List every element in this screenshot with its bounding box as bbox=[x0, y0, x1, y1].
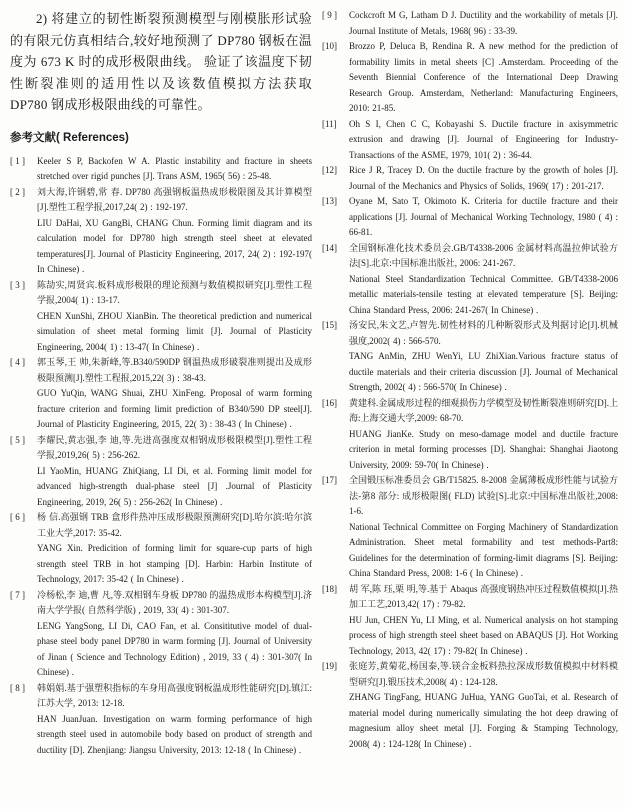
references-list-right: [ 9 ]Cockcroft M G, Latham D J. Ductilit… bbox=[322, 8, 618, 752]
reference-text-en: HU Jun, CHEN Yu, LI Ming, et al. Numeric… bbox=[349, 613, 618, 660]
reference-body: Keeler S P, Backofen W A. Plastic instab… bbox=[37, 154, 312, 185]
reference-text-zh: 张庭芳,黄菊花,杨国泰,等.镁合金板料热拉深成形数值模拟中材料模型研究[J].锻… bbox=[349, 659, 618, 690]
reference-text-en: ZHANG TingFang, HUANG JuHua, YANG GuoTai… bbox=[349, 690, 618, 752]
reference-body: 郭玉琴,王 帅,朱新峰,等.B340/590DP 钢温热成形破裂准则提出及成形极… bbox=[37, 355, 312, 433]
reference-body: Brozzo P, Deluca B, Rendina R. A new met… bbox=[349, 39, 618, 117]
reference-text-en: HUANG JianKe. Study on meso-damage model… bbox=[349, 427, 618, 474]
reference-body: Oyane M, Sato T, Okimoto K. Criteria for… bbox=[349, 194, 618, 241]
reference-body: Oh S I, Chen C C, Kobayashi S. Ductile f… bbox=[349, 117, 618, 164]
reference-item: [13]Oyane M, Sato T, Okimoto K. Criteria… bbox=[322, 194, 618, 241]
reference-item: [11]Oh S I, Chen C C, Kobayashi S. Ducti… bbox=[322, 117, 618, 164]
reference-number: [13] bbox=[322, 194, 349, 210]
reference-text-en: GUO YuQin, WANG Shuai, ZHU XinFeng. Prop… bbox=[37, 386, 312, 433]
reference-body: 李耀民,黄志强,李 迪,等.先进高强度双相钢成形极限模型[J].塑性工程学报,2… bbox=[37, 433, 312, 511]
reference-text-zh: 冷杨松,李 迪,曹 凡,等.双相钢车身板 DP780 的温热成形本构模型[J].… bbox=[37, 588, 312, 619]
reference-item: [ 5 ]李耀民,黄志强,李 迪,等.先进高强度双相钢成形极限模型[J].塑性工… bbox=[10, 433, 312, 511]
reference-text-zh: 李耀民,黄志强,李 迪,等.先进高强度双相钢成形极限模型[J].塑性工程学报,2… bbox=[37, 433, 312, 464]
reference-text-en: Brozzo P, Deluca B, Rendina R. A new met… bbox=[349, 39, 618, 117]
reference-text-zh: 韩娟娟.基于强塑积指标的车身用高强度钢板温成形性能研究[D].镇江:江苏大学, … bbox=[37, 681, 312, 712]
reference-text-zh: 黄建科.金属成形过程的细观损伤力学模型及韧性断裂准则研究[D].上海:上海交通大… bbox=[349, 396, 618, 427]
reference-number: [ 9 ] bbox=[322, 8, 349, 24]
reference-body: 全国钢标准化技术委员会.GB/T4338-2006 金属材料高温拉伸试验方法[S… bbox=[349, 241, 618, 319]
reference-number: [10] bbox=[322, 39, 349, 55]
reference-text-zh: 汤安民,朱文艺,卢智先.韧性材料的几种断裂形式及判据讨论[J].机械强度,200… bbox=[349, 318, 618, 349]
reference-text-en: Oh S I, Chen C C, Kobayashi S. Ductile f… bbox=[349, 117, 618, 164]
reference-body: 汤安民,朱文艺,卢智先.韧性材料的几种断裂形式及判据讨论[J].机械强度,200… bbox=[349, 318, 618, 396]
reference-body: 黄建科.金属成形过程的细观损伤力学模型及韧性断裂准则研究[D].上海:上海交通大… bbox=[349, 396, 618, 474]
reference-item: [ 3 ]陈劼实,周贤宾.板料成形极限的理论预测与数值模拟研究[J].塑性工程学… bbox=[10, 278, 312, 356]
reference-body: 刘大海,许钢碧,常 春. DP780 高强钢板温热成形极限图及其计算模型[J].… bbox=[37, 185, 312, 278]
reference-item: [16]黄建科.金属成形过程的细观损伤力学模型及韧性断裂准则研究[D].上海:上… bbox=[322, 396, 618, 474]
reference-text-zh: 刘大海,许钢碧,常 春. DP780 高强钢板温热成形极限图及其计算模型[J].… bbox=[37, 185, 312, 216]
reference-item: [12]Rice J R, Tracey D. On the ductile f… bbox=[322, 163, 618, 194]
reference-item: [14]全国钢标准化技术委员会.GB/T4338-2006 金属材料高温拉伸试验… bbox=[322, 241, 618, 319]
reference-text-en: National Technical Committee on Forging … bbox=[349, 520, 618, 582]
reference-text-en: HAN JuanJuan. Investigation on warm form… bbox=[37, 712, 312, 759]
paper-page: 2) 将建立的韧性断裂预测模型与刚模胀形试验的有限元仿真相结合,较好地预测了 D… bbox=[0, 0, 625, 809]
reference-item: [ 9 ]Cockcroft M G, Latham D J. Ductilit… bbox=[322, 8, 618, 39]
reference-body: 陈劼实,周贤宾.板料成形极限的理论预测与数值模拟研究[J].塑性工程学报,200… bbox=[37, 278, 312, 356]
reference-text-en: CHEN XunShi, ZHOU XianBin. The theoretic… bbox=[37, 309, 312, 356]
reference-text-zh: 杨 信.高强钢 TRB 盒形件热冲压成形极限预测研究[D].哈尔滨:哈尔滨工业大… bbox=[37, 510, 312, 541]
reference-number: [15] bbox=[322, 318, 349, 334]
reference-number: [ 2 ] bbox=[10, 185, 37, 201]
reference-text-en: Keeler S P, Backofen W A. Plastic instab… bbox=[37, 154, 312, 185]
reference-text-en: LIU DaHai, XU GangBi, CHANG Chun. Formin… bbox=[37, 216, 312, 278]
references-heading: 参考文献( References) bbox=[10, 129, 312, 145]
reference-text-zh: 全国锻压标准委员会 GB/T15825. 8-2008 金属薄板成形性能与试验方… bbox=[349, 473, 618, 520]
reference-text-en: LI YaoMin, HUANG ZhiQiang, LI Di, et al.… bbox=[37, 464, 312, 511]
reference-item: [10]Brozzo P, Deluca B, Rendina R. A new… bbox=[322, 39, 618, 117]
reference-number: [ 3 ] bbox=[10, 278, 37, 294]
reference-body: 全国锻压标准委员会 GB/T15825. 8-2008 金属薄板成形性能与试验方… bbox=[349, 473, 618, 582]
reference-number: [ 8 ] bbox=[10, 681, 37, 697]
reference-number: [ 7 ] bbox=[10, 588, 37, 604]
reference-number: [18] bbox=[322, 582, 349, 598]
reference-text-en: TANG AnMin, ZHU WenYi, LU ZhiXian.Variou… bbox=[349, 349, 618, 396]
reference-text-en: National Steel Standardization Technical… bbox=[349, 272, 618, 319]
references-list-left: [ 1 ]Keeler S P, Backofen W A. Plastic i… bbox=[10, 154, 312, 759]
reference-text-zh: 全国钢标准化技术委员会.GB/T4338-2006 金属材料高温拉伸试验方法[S… bbox=[349, 241, 618, 272]
reference-number: [19] bbox=[322, 659, 349, 675]
reference-item: [ 7 ]冷杨松,李 迪,曹 凡,等.双相钢车身板 DP780 的温热成形本构模… bbox=[10, 588, 312, 681]
reference-item: [ 8 ]韩娟娟.基于强塑积指标的车身用高强度钢板温成形性能研究[D].镇江:江… bbox=[10, 681, 312, 759]
reference-text-en: Cockcroft M G, Latham D J. Ductility and… bbox=[349, 8, 618, 39]
reference-body: 杨 信.高强钢 TRB 盒形件热冲压成形极限预测研究[D].哈尔滨:哈尔滨工业大… bbox=[37, 510, 312, 588]
right-column: [ 9 ]Cockcroft M G, Latham D J. Ductilit… bbox=[322, 8, 618, 752]
reference-text-en: LENG YangSong, LI Di, CAO Fan, et al. Co… bbox=[37, 619, 312, 681]
reference-body: 张庭芳,黄菊花,杨国泰,等.镁合金板料热拉深成形数值模拟中材料模型研究[J].锻… bbox=[349, 659, 618, 752]
reference-text-zh: 陈劼实,周贤宾.板料成形极限的理论预测与数值模拟研究[J].塑性工程学报,200… bbox=[37, 278, 312, 309]
reference-item: [17]全国锻压标准委员会 GB/T15825. 8-2008 金属薄板成形性能… bbox=[322, 473, 618, 582]
reference-number: [16] bbox=[322, 396, 349, 412]
conclusion-paragraph: 2) 将建立的韧性断裂预测模型与刚模胀形试验的有限元仿真相结合,较好地预测了 D… bbox=[10, 8, 312, 116]
reference-number: [14] bbox=[322, 241, 349, 257]
reference-item: [18]胡 军,陈 珏,栗 明,等.基于 Abaqus 高强度钢热冲压过程数值模… bbox=[322, 582, 618, 660]
reference-text-zh: 胡 军,陈 珏,栗 明,等.基于 Abaqus 高强度钢热冲压过程数值模拟[J]… bbox=[349, 582, 618, 613]
reference-text-en: Rice J R, Tracey D. On the ductile fract… bbox=[349, 163, 618, 194]
reference-body: Cockcroft M G, Latham D J. Ductility and… bbox=[349, 8, 618, 39]
reference-number: [ 6 ] bbox=[10, 510, 37, 526]
left-column: 2) 将建立的韧性断裂预测模型与刚模胀形试验的有限元仿真相结合,较好地预测了 D… bbox=[10, 8, 312, 758]
reference-item: [ 4 ]郭玉琴,王 帅,朱新峰,等.B340/590DP 钢温热成形破裂准则提… bbox=[10, 355, 312, 433]
reference-item: [15]汤安民,朱文艺,卢智先.韧性材料的几种断裂形式及判据讨论[J].机械强度… bbox=[322, 318, 618, 396]
reference-number: [17] bbox=[322, 473, 349, 489]
reference-number: [ 5 ] bbox=[10, 433, 37, 449]
reference-body: 韩娟娟.基于强塑积指标的车身用高强度钢板温成形性能研究[D].镇江:江苏大学, … bbox=[37, 681, 312, 759]
reference-body: 胡 军,陈 珏,栗 明,等.基于 Abaqus 高强度钢热冲压过程数值模拟[J]… bbox=[349, 582, 618, 660]
reference-item: [ 2 ]刘大海,许钢碧,常 春. DP780 高强钢板温热成形极限图及其计算模… bbox=[10, 185, 312, 278]
reference-number: [ 1 ] bbox=[10, 154, 37, 170]
reference-body: 冷杨松,李 迪,曹 凡,等.双相钢车身板 DP780 的温热成形本构模型[J].… bbox=[37, 588, 312, 681]
reference-item: [ 6 ]杨 信.高强钢 TRB 盒形件热冲压成形极限预测研究[D].哈尔滨:哈… bbox=[10, 510, 312, 588]
reference-number: [12] bbox=[322, 163, 349, 179]
reference-text-en: Oyane M, Sato T, Okimoto K. Criteria for… bbox=[349, 194, 618, 241]
reference-number: [11] bbox=[322, 117, 349, 133]
reference-text-zh: 郭玉琴,王 帅,朱新峰,等.B340/590DP 钢温热成形破裂准则提出及成形极… bbox=[37, 355, 312, 386]
reference-item: [ 1 ]Keeler S P, Backofen W A. Plastic i… bbox=[10, 154, 312, 185]
reference-number: [ 4 ] bbox=[10, 355, 37, 371]
reference-item: [19]张庭芳,黄菊花,杨国泰,等.镁合金板料热拉深成形数值模拟中材料模型研究[… bbox=[322, 659, 618, 752]
reference-text-en: YANG Xin. Predicition of forming limit f… bbox=[37, 541, 312, 588]
reference-body: Rice J R, Tracey D. On the ductile fract… bbox=[349, 163, 618, 194]
